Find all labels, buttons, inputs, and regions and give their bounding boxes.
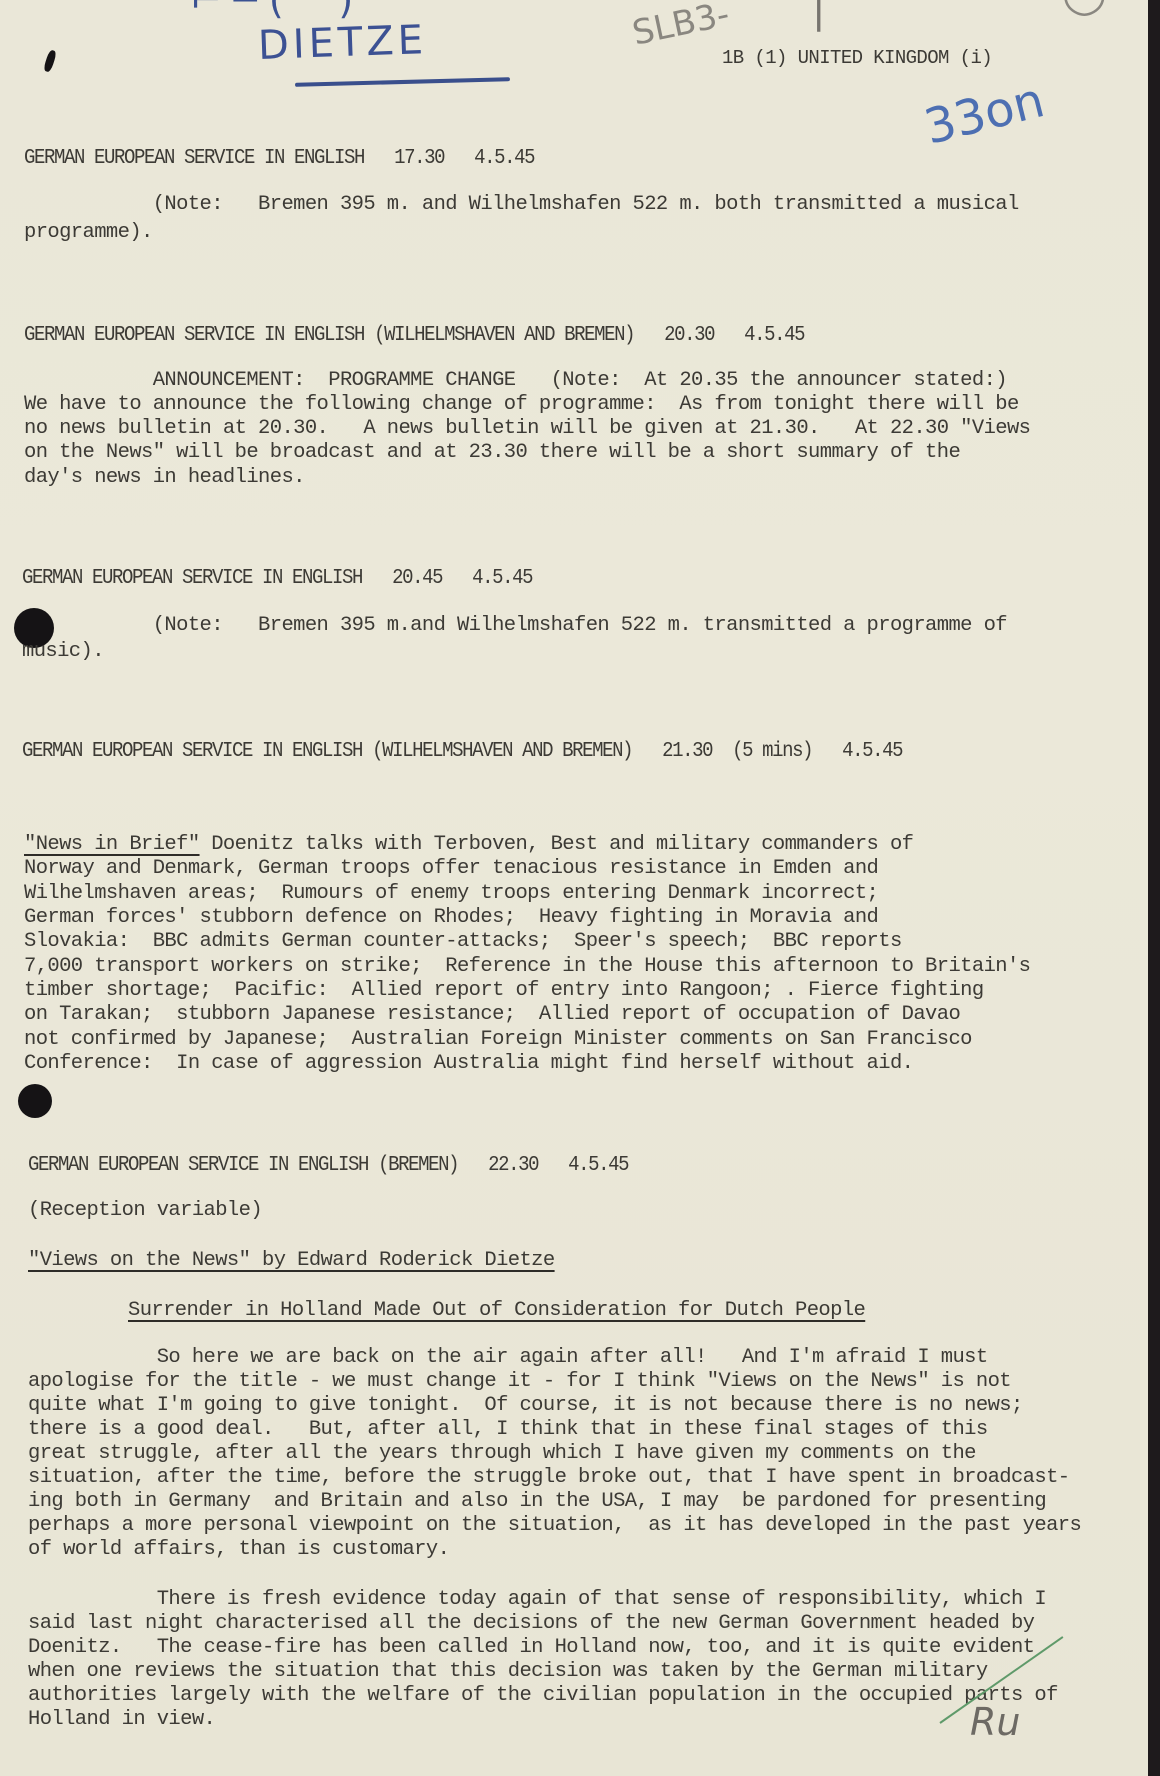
section-text-line: Conference: In case of aggression Austra… [24, 1052, 913, 1077]
paragraph-line: said last night characterised all the de… [28, 1612, 1034, 1637]
document-page: ⌐ ─ ( ⁀ ) DIETZE SLB3- | ◯ 33on 1B (1) U… [0, 0, 1148, 1776]
paragraph-line: of world affairs, than is customary. [28, 1538, 449, 1563]
section-text-line: (Note: Bremen 395 m.and Wilhelmshafen 52… [24, 614, 1007, 639]
handwritten-reference: SLB3- [629, 0, 733, 54]
paragraph-line: apologise for the title - we must change… [28, 1370, 1011, 1395]
section-text-line: ANNOUNCEMENT: PROGRAMME CHANGE (Note: At… [24, 369, 1007, 394]
paragraph-line: situation, after the time, before the st… [28, 1466, 1069, 1491]
section-text-line: not confirmed by Japanese; Australian Fo… [24, 1028, 972, 1053]
paragraph-line: perhaps a more personal viewpoint on the… [28, 1514, 1081, 1539]
section-text-line: no news bulletin at 20.30. A news bullet… [24, 417, 1030, 442]
section-text-line: Slovakia: BBC admits German counter-atta… [24, 930, 902, 955]
handwritten-underline [295, 77, 510, 87]
section-text-line: timber shortage; Pacific: Allied report … [24, 979, 984, 1004]
paragraph-line: great struggle, after all the years thro… [28, 1442, 976, 1467]
reception-note: (Reception variable) [28, 1199, 262, 1224]
paragraph-line: Doenitz. The cease-fire has been called … [28, 1636, 1034, 1661]
ink-blot [43, 49, 57, 72]
section-heading: GERMAN EUROPEAN SERVICE IN ENGLISH (BREM… [28, 1151, 628, 1178]
punch-hole-mark [18, 1084, 52, 1118]
article-title: Surrender in Holland Made Out of Conside… [128, 1299, 865, 1324]
section-text-line: day's news in headlines. [24, 466, 305, 491]
handwritten-top-scribble: ⌐ ─ ( ⁀ ) [190, 0, 353, 22]
handwritten-name: DIETZE [257, 17, 427, 69]
section-heading: GERMAN EUROPEAN SERVICE IN ENGLISH 20.45… [22, 564, 532, 591]
paragraph-line: there is a good deal. But, after all, I … [28, 1418, 988, 1443]
paragraph-line: Holland in view. [28, 1708, 215, 1733]
section-text-line: Doenitz talks with Terboven, Best and mi… [24, 833, 913, 858]
paragraph-line: There is fresh evidence today again of t… [28, 1588, 1046, 1613]
section-text-line: on the News" will be broadcast and at 23… [24, 441, 960, 466]
paragraph-line: quite what I'm going to give tonight. Of… [28, 1394, 1023, 1419]
paragraph-line: ing both in Germany and Britain and also… [28, 1490, 1046, 1515]
programme-title: "Views on the News" by Edward Roderick D… [28, 1249, 555, 1274]
section-text-line: Wilhelmshaven areas; Rumours of enemy tr… [24, 882, 878, 907]
section-text-line: German forces' stubborn defence on Rhode… [24, 906, 878, 931]
section-heading: GERMAN EUROPEAN SERVICE IN ENGLISH 17.30… [24, 144, 534, 171]
section-text-line: 7,000 transport workers on strike; Refer… [24, 955, 1030, 980]
section-heading: GERMAN EUROPEAN SERVICE IN ENGLISH (WILH… [24, 321, 804, 348]
paragraph-line: authorities largely with the welfare of … [28, 1684, 1058, 1709]
section-text-line: music). [22, 640, 104, 665]
handwritten-folio-number: 33on [919, 72, 1050, 156]
section-heading: GERMAN EUROPEAN SERVICE IN ENGLISH (WILH… [22, 737, 902, 764]
paragraph-line: when one reviews the situation that this… [28, 1660, 988, 1685]
section-text-line: on Tarakan; stubborn Japanese resistance… [24, 1003, 960, 1028]
section-text-line: Norway and Denmark, German troops offer … [24, 857, 878, 882]
section-text-line: We have to announce the following change… [24, 393, 1019, 418]
handwritten-circle-mark: ◯ [1062, 0, 1107, 16]
section-text-line: programme). [24, 221, 153, 246]
section-text-line: (Note: Bremen 395 m. and Wilhelmshafen 5… [24, 193, 1019, 218]
handwritten-initials: Ru [970, 1700, 1021, 1744]
handwritten-ref-stroke: | [812, 0, 825, 32]
scan-border [1148, 0, 1160, 1776]
document-reference: 1B (1) UNITED KINGDOM (i) [722, 46, 992, 71]
paragraph-line: So here we are back on the air again aft… [28, 1346, 988, 1371]
